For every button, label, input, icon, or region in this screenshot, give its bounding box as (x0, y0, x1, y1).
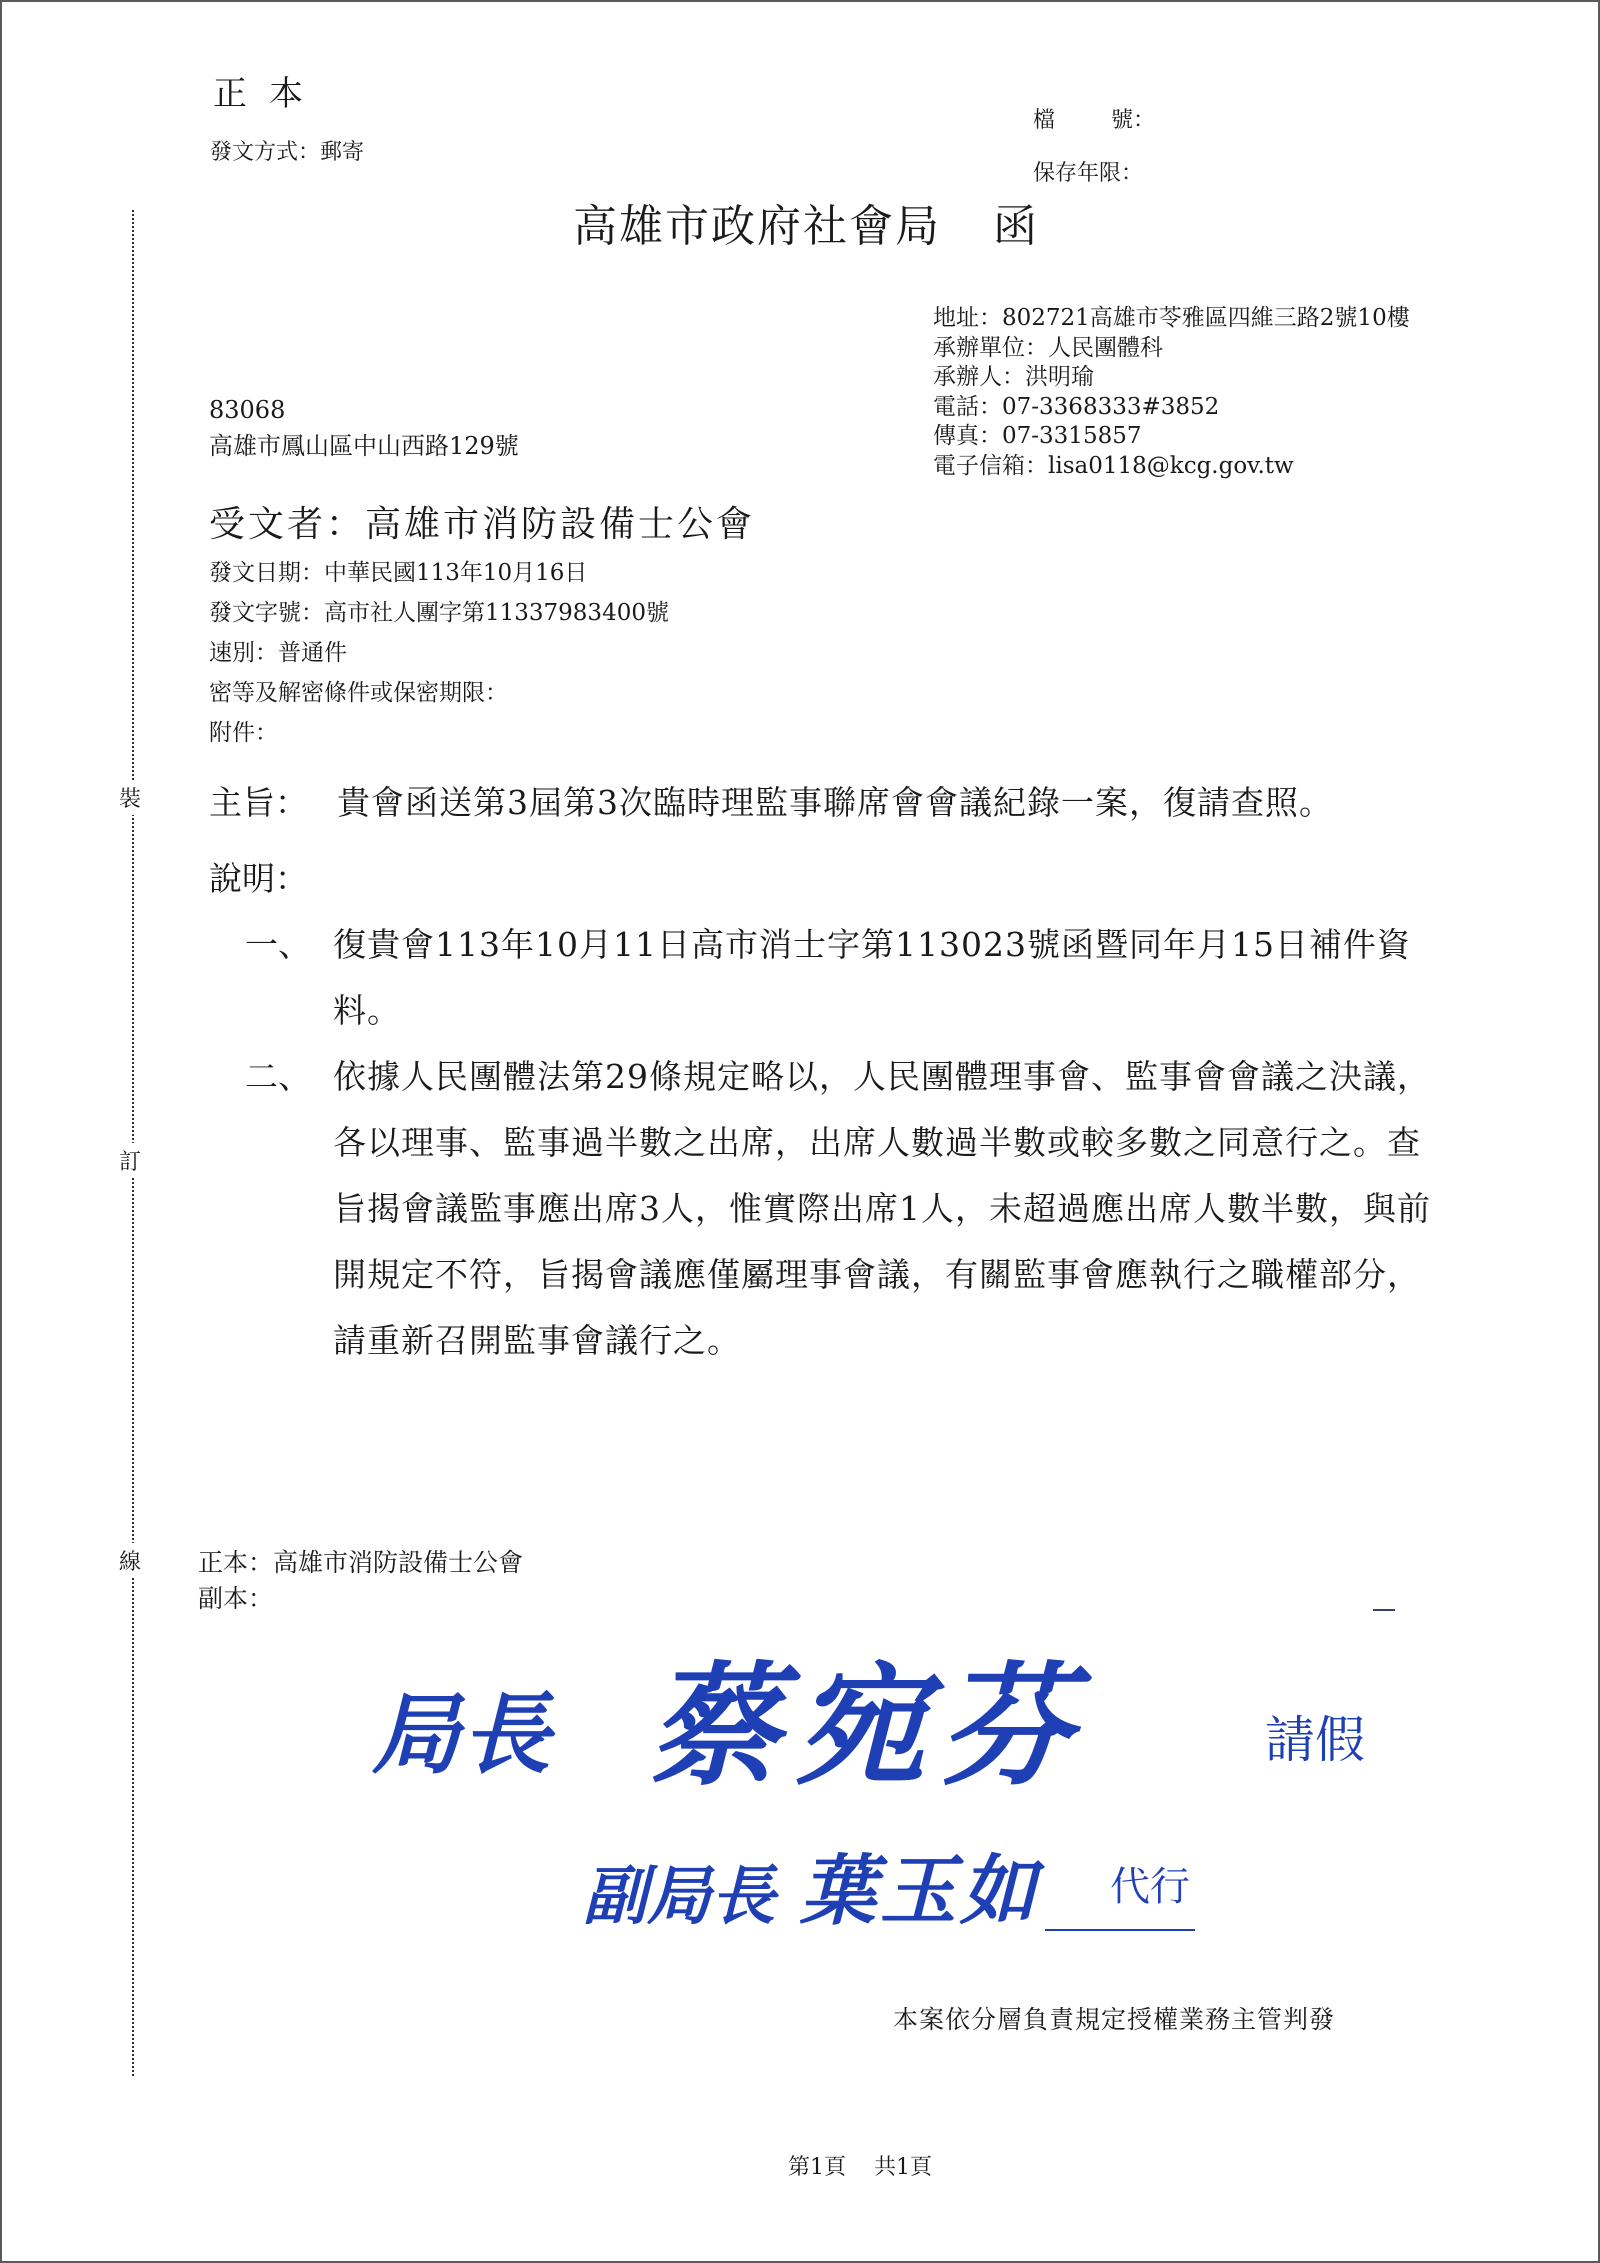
current-page: 第1頁 (788, 2155, 846, 2180)
binding-label-ding: 訂 (119, 1143, 141, 1178)
sender-contact: 承辦人：洪明瑜 (933, 363, 1410, 393)
recipient-street: 高雄市鳳山區中山西路129號 (209, 426, 519, 461)
file-number-label-b: 號： (1111, 108, 1155, 133)
send-method: 發文方式：郵寄 (210, 135, 364, 166)
item-number: 一、 (245, 912, 333, 1044)
sender-unit: 承辦單位：人民團體科 (933, 334, 1410, 364)
item-number: 二、 (245, 1044, 333, 1374)
document-type: 函 (993, 201, 1039, 252)
priority: 速別：普通件 (209, 633, 669, 673)
subject-row: 主旨： 貴會函送第3屆第3次臨時理監事聯席會會議紀錄一案，復請查照。 (209, 770, 1449, 836)
stray-mark (1373, 1609, 1395, 1611)
agency-name: 高雄市政府社會局 (573, 201, 941, 252)
classification: 密等及解密條件或保密期限： (209, 673, 669, 713)
signature-underline (1045, 1929, 1195, 1931)
director-title-stamp: 局長 (372, 1665, 552, 1791)
deputy-name-stamp: 葉玉如 (800, 1830, 1040, 1939)
item-text: 復貴會113年10月11日高市消士字第113023號函暨同年月15日補件資料。 (333, 912, 1449, 1044)
document-meta: 發文日期：中華民國113年10月16日 發文字號：高市社人團字第11337983… (209, 553, 669, 753)
file-number-field: 檔號： (1033, 103, 1155, 134)
total-pages: 共1頁 (874, 2155, 932, 2180)
director-leave-note: 請假 (1265, 1700, 1365, 1772)
binding-label-zhuang: 裝 (119, 780, 141, 815)
issue-date: 發文日期：中華民國113年10月16日 (209, 553, 669, 593)
subject-label: 主旨： (209, 770, 337, 836)
binding-label-xian: 線 (119, 1543, 141, 1578)
page-number: 第1頁共1頁 (788, 2150, 932, 2181)
distribution-list: 正本：高雄市消防設備士公會 副本： (198, 1545, 523, 1617)
sender-address: 地址：802721高雄市苓雅區四維三路2號10樓 (933, 304, 1410, 334)
explanation-item: 二、 依據人民團體法第29條規定略以，人民團體理事會、監事會會議之決議，各以理事… (209, 1044, 1449, 1374)
sender-fax: 傳真：07-3315857 (933, 422, 1410, 452)
sender-phone: 電話：07-3368333#3852 (933, 393, 1410, 423)
deputy-acting-note: 代行 (1110, 1855, 1190, 1912)
recipient-zip: 83068 (209, 396, 285, 424)
copy-type: 正本 (213, 66, 325, 115)
director-name-stamp: 蔡宛芬 (648, 1620, 1086, 1810)
document-number: 發文字號：高市社人團字第11337983400號 (209, 593, 669, 633)
retention-period-field: 保存年限： (1033, 156, 1143, 187)
recipient: 受文者：高雄市消防設備士公會 (209, 496, 755, 547)
sender-email: 電子信箱：lisa0118@kcg.gov.tw (933, 452, 1410, 482)
attachments: 附件： (209, 713, 669, 753)
authorization-note: 本案依分層負責規定授權業務主管判發 (893, 2000, 1335, 2036)
item-text: 依據人民團體法第29條規定略以，人民團體理事會、監事會會議之決議，各以理事、監事… (333, 1044, 1449, 1374)
original-recipient: 正本：高雄市消防設備士公會 (198, 1545, 523, 1581)
copy-recipient: 副本： (198, 1581, 523, 1617)
document-body: 主旨： 貴會函送第3屆第3次臨時理監事聯席會會議紀錄一案，復請查照。 說明： 一… (209, 770, 1449, 1374)
deputy-title-stamp: 副局長 (583, 1845, 775, 1937)
subject-text: 貴會函送第3屆第3次臨時理監事聯席會會議紀錄一案，復請查照。 (337, 770, 1449, 836)
explanation-item: 一、 復貴會113年10月11日高市消士字第113023號函暨同年月15日補件資… (209, 912, 1449, 1044)
file-number-label-a: 檔 (1033, 108, 1055, 133)
explanation-label: 說明： (209, 846, 1449, 912)
document-title: 高雄市政府社會局函 (573, 190, 1039, 254)
sender-info: 地址：802721高雄市苓雅區四維三路2號10樓 承辦單位：人民團體科 承辦人：… (933, 304, 1410, 481)
